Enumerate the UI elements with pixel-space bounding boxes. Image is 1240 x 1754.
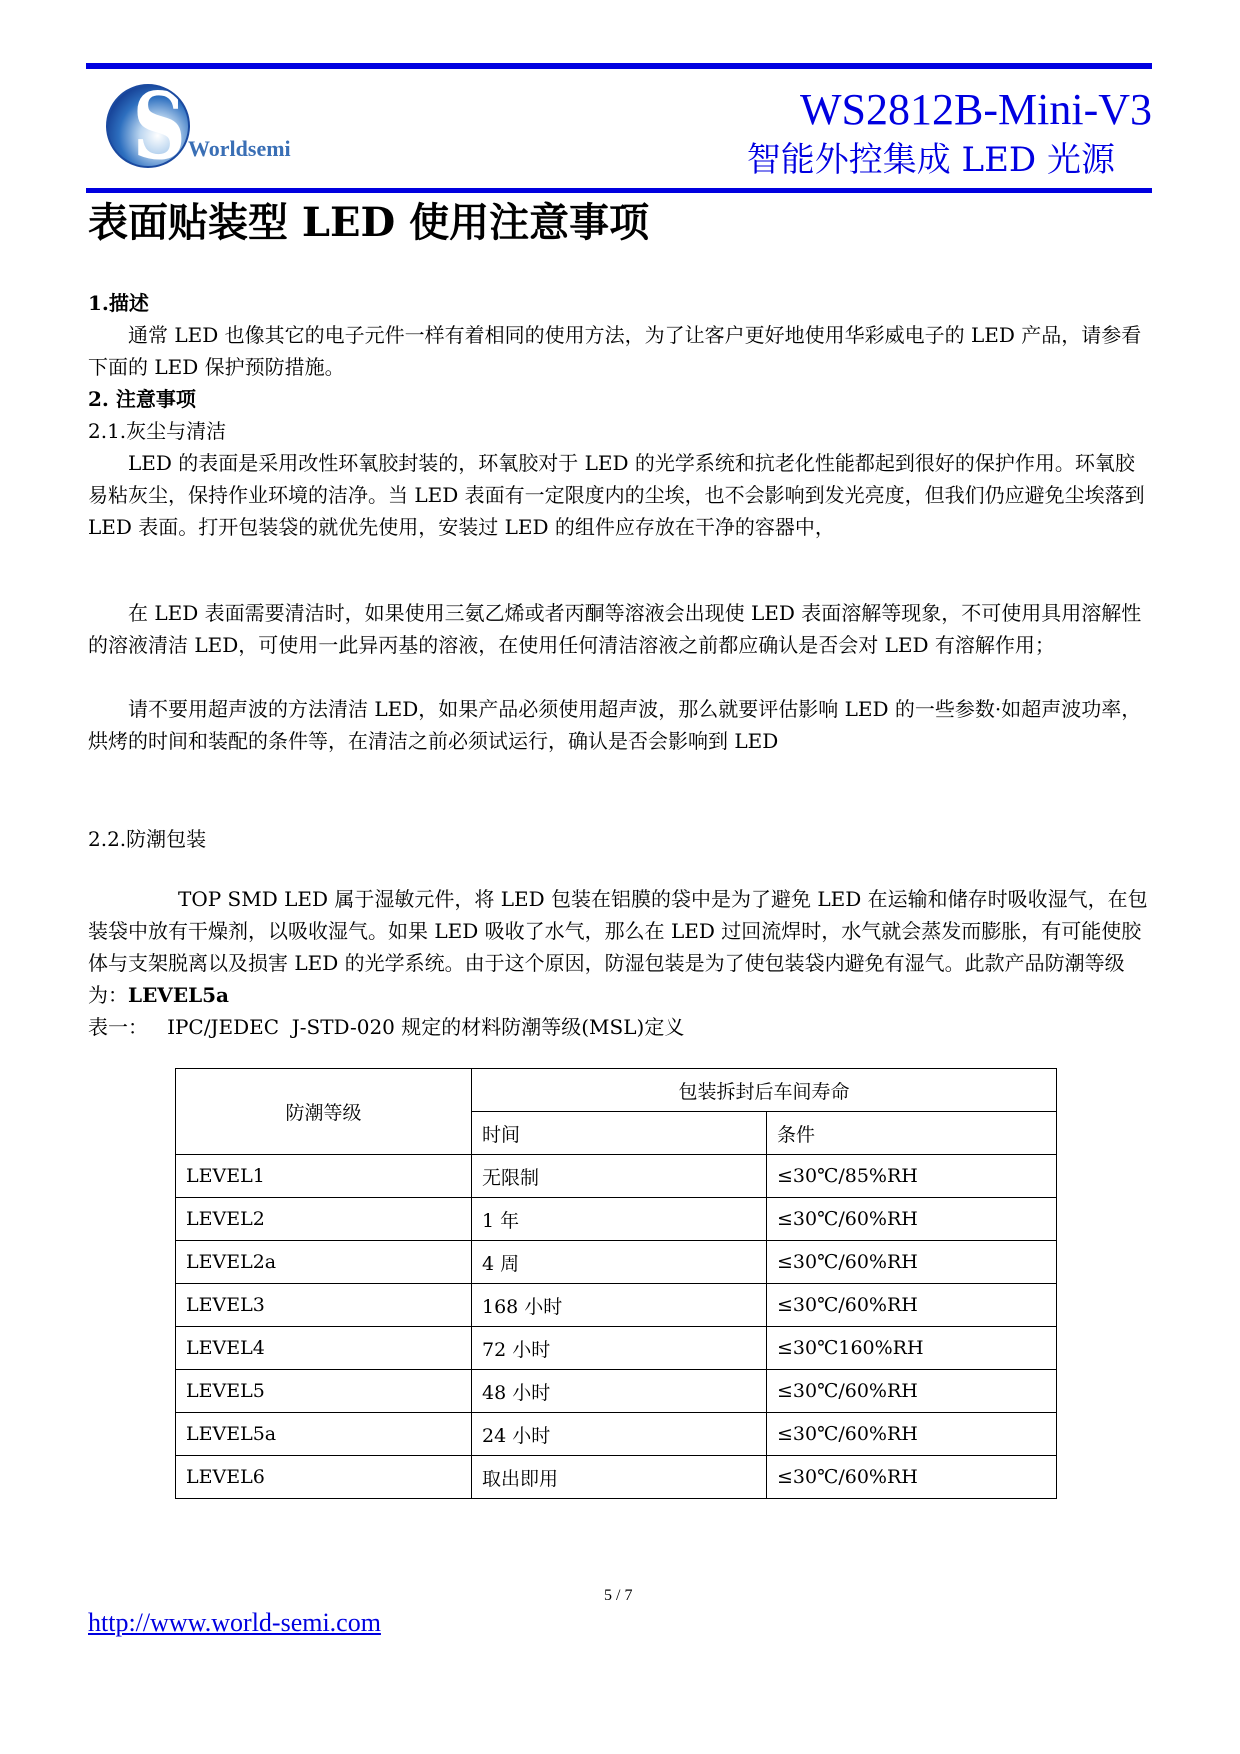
cell-time: 4 周	[472, 1241, 767, 1284]
cell-condition: ≤30℃/60%RH	[767, 1284, 1057, 1327]
cell-condition: ≤30℃/60%RH	[767, 1456, 1057, 1499]
header-bottom-rule	[86, 188, 1152, 193]
page-title: 表面贴装型 LED 使用注意事项	[88, 203, 649, 243]
msl-table: 防潮等级 包装拆封后车间寿命 时间 条件 LEVEL1无限制≤30℃/85%RH…	[175, 1068, 1057, 1499]
cell-level: LEVEL6	[176, 1456, 472, 1499]
cell-time: 48 小时	[472, 1370, 767, 1413]
cell-level: LEVEL2	[176, 1198, 472, 1241]
table-row: LEVEL5a24 小时≤30℃/60%RH	[176, 1413, 1057, 1456]
cell-time: 24 小时	[472, 1413, 767, 1456]
cell-level: LEVEL3	[176, 1284, 472, 1327]
website-link[interactable]: http://www.world-semi.com	[88, 1608, 381, 1638]
product-subtitle: 智能外控集成 LED 光源	[747, 143, 1115, 177]
model-name: WS2812B-Mini-V3	[800, 88, 1152, 132]
cell-time: 72 小时	[472, 1327, 767, 1370]
cell-level: LEVEL1	[176, 1155, 472, 1198]
header-top-rule	[86, 63, 1152, 69]
header-time: 时间	[472, 1112, 767, 1155]
logo-text: Worldsemi	[188, 136, 291, 162]
section-1-heading: 1.描述	[88, 287, 1148, 319]
section-1-paragraph: 通常 LED 也像其它的电子元件一样有着相同的使用方法，为了让客户更好地使用华彩…	[88, 319, 1148, 383]
cell-condition: ≤30℃/60%RH	[767, 1370, 1057, 1413]
page-number: 5 / 7	[604, 1587, 632, 1605]
section-2-1-heading: 2.1.灰尘与清洁	[88, 415, 1148, 447]
worldsemi-logo: S Worldsemi	[104, 82, 324, 172]
cell-level: LEVEL5	[176, 1370, 472, 1413]
section-2-heading: 2. 注意事项	[88, 383, 1148, 415]
header-level: 防潮等级	[176, 1069, 472, 1155]
table-row: LEVEL1无限制≤30℃/85%RH	[176, 1155, 1057, 1198]
logo-globe-icon: S	[106, 84, 190, 168]
cell-condition: ≤30℃/60%RH	[767, 1413, 1057, 1456]
paragraph-text: TOP SMD LED 属于湿敏元件，将 LED 包装在铝膜的袋中是为了避免 L…	[88, 887, 1148, 1007]
table-row: LEVEL472 小时≤30℃160%RH	[176, 1327, 1057, 1370]
cell-level: LEVEL5a	[176, 1413, 472, 1456]
cell-time: 无限制	[472, 1155, 767, 1198]
section-2-1-paragraph-1: LED 的表面是采用改性环氧胶封装的，环氧胶对于 LED 的光学系统和抗老化性能…	[88, 447, 1148, 543]
cell-condition: ≤30℃/85%RH	[767, 1155, 1057, 1198]
cell-level: LEVEL4	[176, 1327, 472, 1370]
section-2-2-paragraph: TOP SMD LED 属于湿敏元件，将 LED 包装在铝膜的袋中是为了避免 L…	[88, 883, 1148, 1011]
cell-time: 168 小时	[472, 1284, 767, 1327]
header-floor-life: 包装拆封后车间寿命	[472, 1069, 1057, 1112]
cell-time: 取出即用	[472, 1456, 767, 1499]
section-2-2-heading: 2.2.防潮包装	[88, 823, 1148, 855]
cell-level: LEVEL2a	[176, 1241, 472, 1284]
cell-condition: ≤30℃/60%RH	[767, 1198, 1057, 1241]
header-condition: 条件	[767, 1112, 1057, 1155]
cell-time: 1 年	[472, 1198, 767, 1241]
table-row: LEVEL2a4 周≤30℃/60%RH	[176, 1241, 1057, 1284]
table-row: LEVEL3168 小时≤30℃/60%RH	[176, 1284, 1057, 1327]
cell-condition: ≤30℃/60%RH	[767, 1241, 1057, 1284]
cell-condition: ≤30℃160%RH	[767, 1327, 1057, 1370]
msl-level-value: LEVEL5a	[128, 983, 229, 1007]
table-row: LEVEL21 年≤30℃/60%RH	[176, 1198, 1057, 1241]
table-caption: 表一： IPC/JEDEC J-STD-020 规定的材料防潮等级(MSL)定义	[88, 1011, 1148, 1043]
table-row: LEVEL548 小时≤30℃/60%RH	[176, 1370, 1057, 1413]
table-row: LEVEL6取出即用≤30℃/60%RH	[176, 1456, 1057, 1499]
section-2-1-paragraph-2: 在 LED 表面需要清洁时，如果使用三氨乙烯或者丙酮等溶液会出现使 LED 表面…	[88, 597, 1148, 661]
section-2-1-paragraph-3: 请不要用超声波的方法清洁 LED，如果产品必须使用超声波，那么就要评估影响 LE…	[88, 693, 1148, 757]
